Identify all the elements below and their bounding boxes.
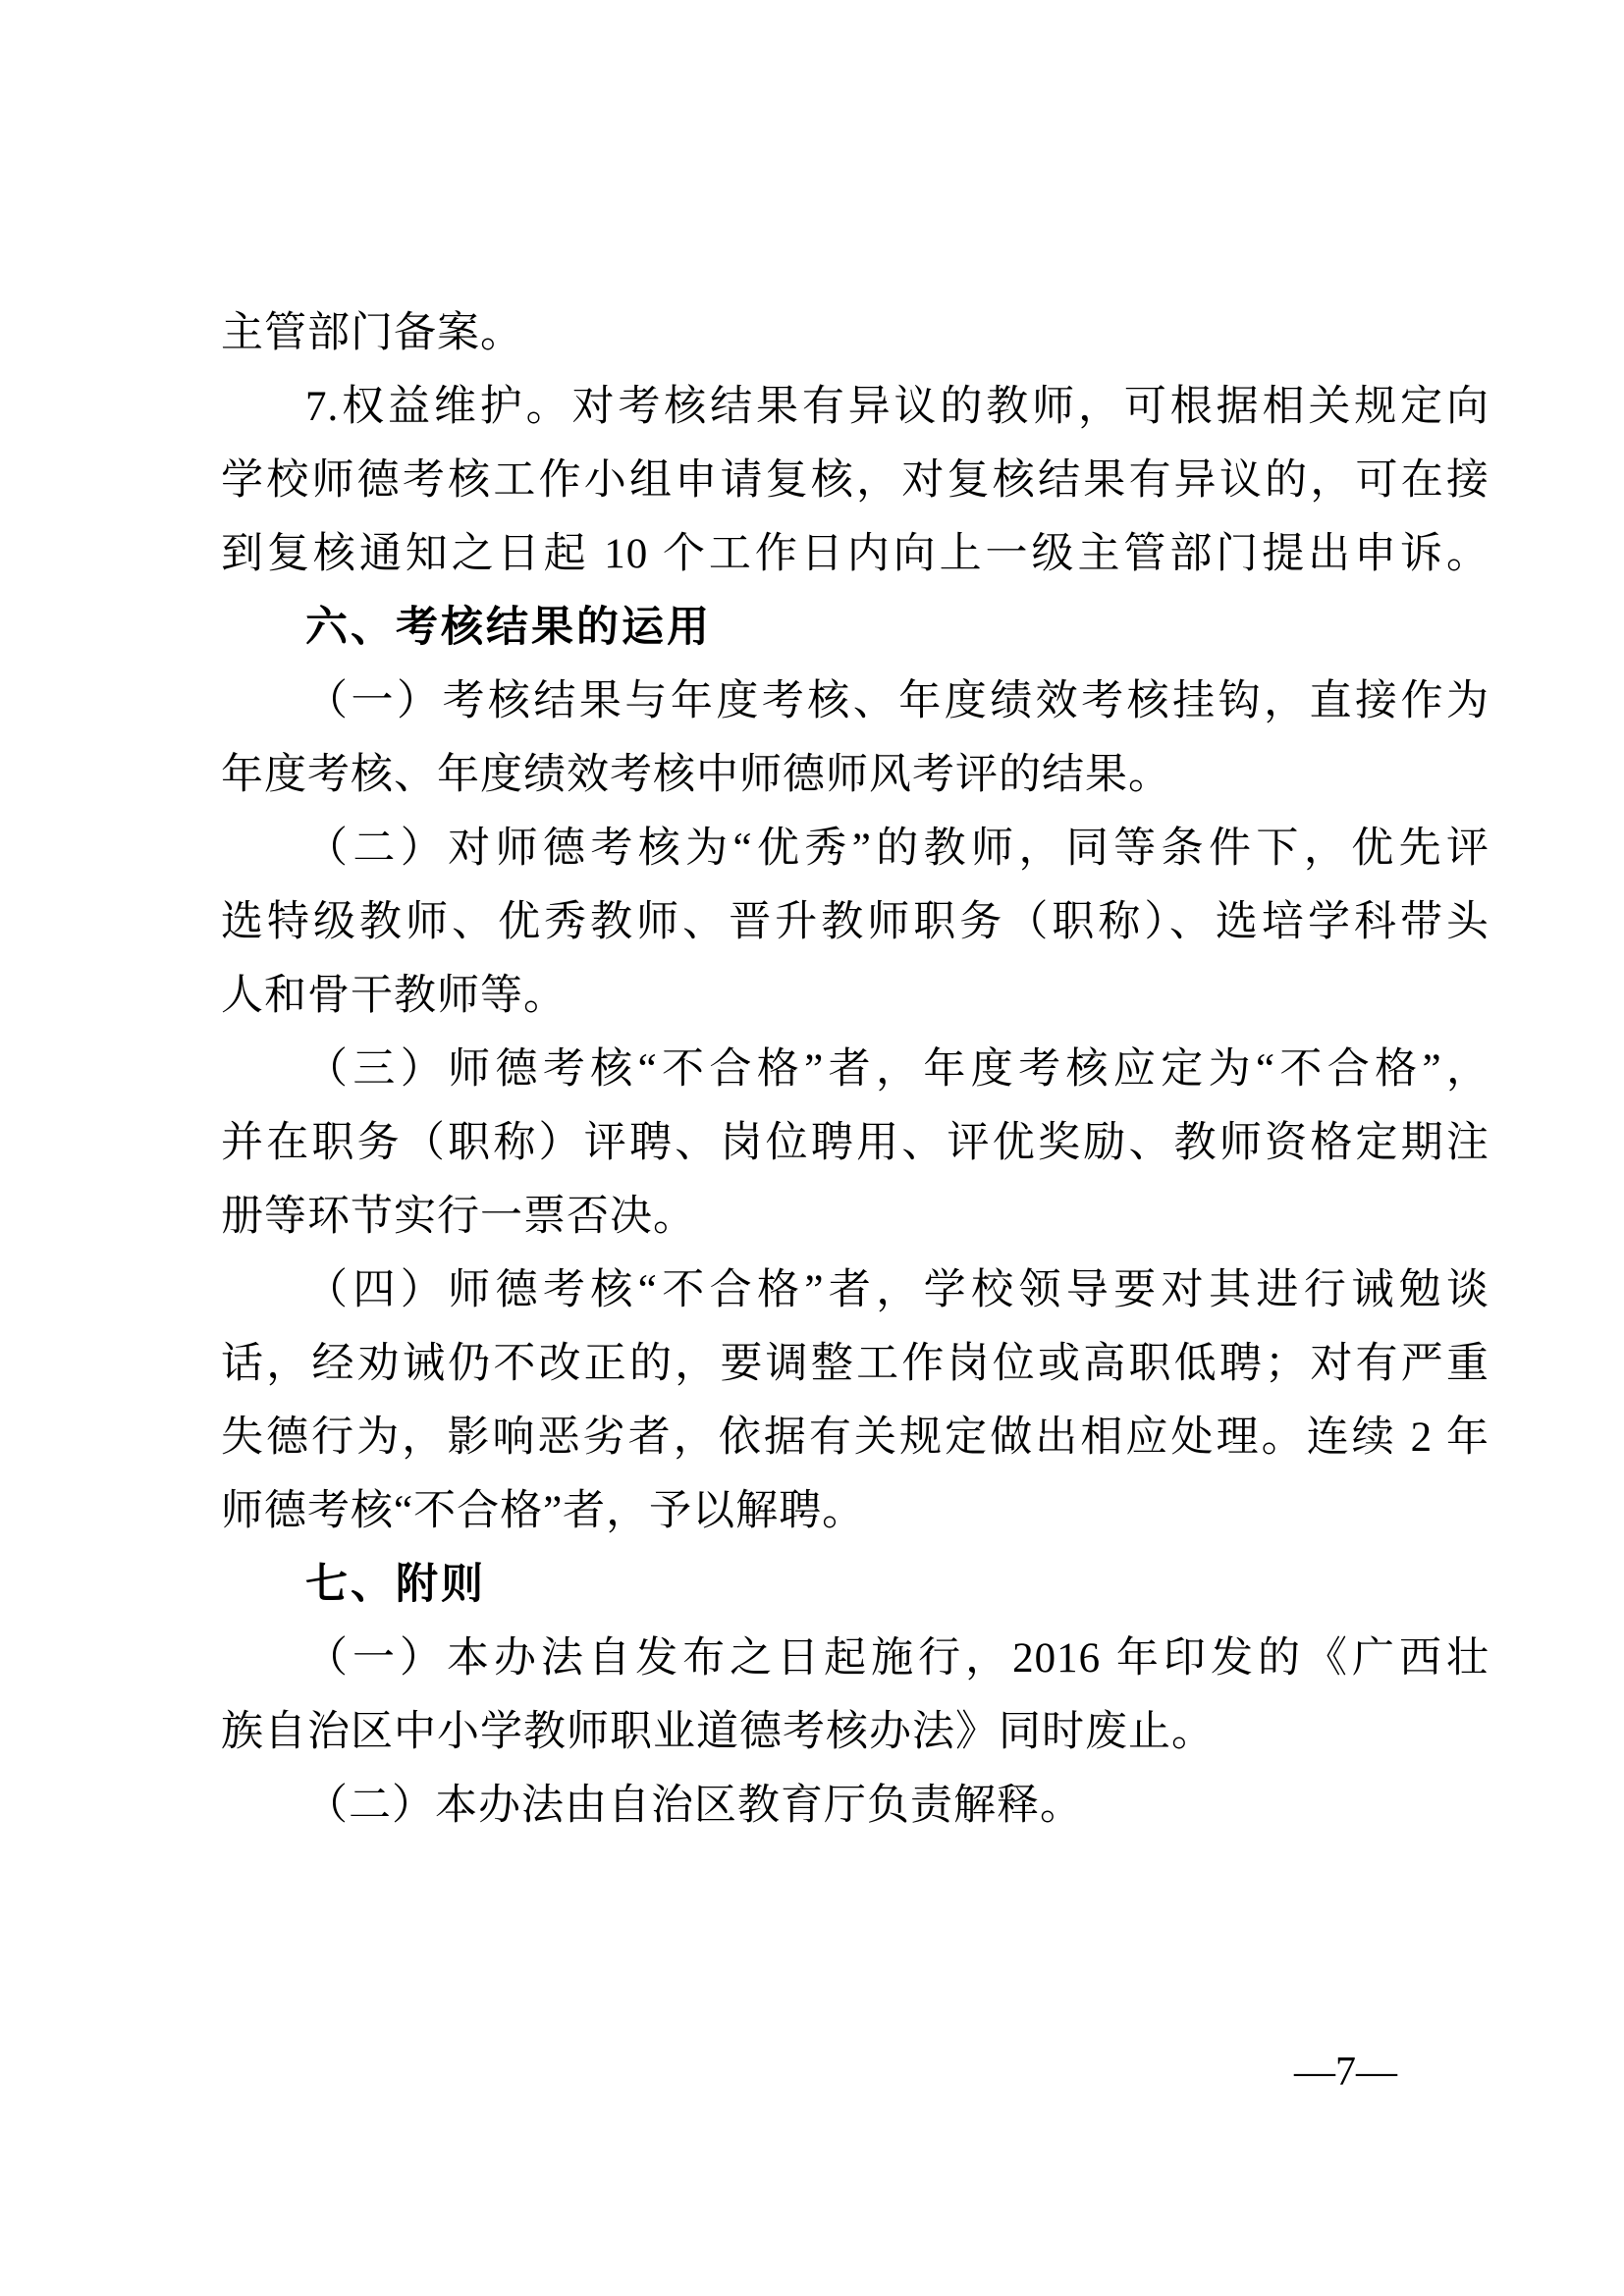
paragraph-appendix-one: （一）本办法自发布之日起施行，2016 年印发的《广西壮 族自治区中小学教师职业…	[221, 1622, 1489, 1769]
paragraph-appendix-two: （二）本办法由自治区教育厅负责解释。	[221, 1769, 1489, 1842]
document-body: 主管部门备案。 7.权益维护。对考核结果有异议的教师，可根据相关规定向 学校师德…	[221, 296, 1489, 1842]
page-number: —7—	[1294, 2048, 1397, 2097]
text-line: 并在职务（职称）评聘、岗位聘用、评优奖励、教师资格定期注	[221, 1106, 1489, 1180]
text-line: 话，经劝诫仍不改正的，要调整工作岗位或高职低聘；对有严重	[221, 1327, 1489, 1401]
text-line: （二）本办法由自治区教育厅负责解释。	[221, 1769, 1489, 1842]
text-line: 到复核通知之日起 10 个工作日内向上一级主管部门提出申诉。	[221, 517, 1489, 591]
text-line: 失德行为，影响恶劣者，依据有关规定做出相应处理。连续 2 年	[221, 1401, 1489, 1474]
paragraph-item-three: （三）师德考核“不合格”者，年度考核应定为“不合格”， 并在职务（职称）评聘、岗…	[221, 1033, 1489, 1254]
section-heading: 六、考核结果的运用	[221, 591, 1489, 665]
paragraph-continuation: 主管部门备案。	[221, 296, 1489, 370]
text-line: （二）对师德考核为“优秀”的教师，同等条件下，优先评	[221, 812, 1489, 885]
text-line: （一）本办法自发布之日起施行，2016 年印发的《广西壮	[221, 1622, 1489, 1695]
paragraph-item-two: （二）对师德考核为“优秀”的教师，同等条件下，优先评 选特级教师、优秀教师、晋升…	[221, 812, 1489, 1033]
paragraph-item-four: （四）师德考核“不合格”者，学校领导要对其进行诫勉谈 话，经劝诫仍不改正的，要调…	[221, 1254, 1489, 1548]
text-line: 选特级教师、优秀教师、晋升教师职务（职称）、选培学科带头	[221, 885, 1489, 959]
document-page: 主管部门备案。 7.权益维护。对考核结果有异议的教师，可根据相关规定向 学校师德…	[0, 0, 1624, 2296]
text-line: 7.权益维护。对考核结果有异议的教师，可根据相关规定向	[221, 370, 1489, 444]
text-line: 学校师德考核工作小组申请复核，对复核结果有异议的，可在接	[221, 444, 1489, 517]
text-line: 师德考核“不合格”者，予以解聘。	[221, 1474, 1489, 1548]
section-heading-six: 六、考核结果的运用	[221, 591, 1489, 665]
section-heading-seven: 七、附则	[221, 1548, 1489, 1622]
text-line: 册等环节实行一票否决。	[221, 1180, 1489, 1254]
text-line: 族自治区中小学教师职业道德考核办法》同时废止。	[221, 1695, 1489, 1769]
paragraph-rights-protection: 7.权益维护。对考核结果有异议的教师，可根据相关规定向 学校师德考核工作小组申请…	[221, 370, 1489, 591]
section-heading: 七、附则	[221, 1548, 1489, 1622]
text-line: （三）师德考核“不合格”者，年度考核应定为“不合格”，	[221, 1033, 1489, 1106]
text-line: 主管部门备案。	[221, 296, 1489, 370]
paragraph-item-one: （一）考核结果与年度考核、年度绩效考核挂钩，直接作为 年度考核、年度绩效考核中师…	[221, 665, 1489, 812]
text-line: （四）师德考核“不合格”者，学校领导要对其进行诫勉谈	[221, 1254, 1489, 1327]
text-line: 人和骨干教师等。	[221, 959, 1489, 1033]
text-line: 年度考核、年度绩效考核中师德师风考评的结果。	[221, 738, 1489, 812]
text-line: （一）考核结果与年度考核、年度绩效考核挂钩，直接作为	[221, 665, 1489, 738]
